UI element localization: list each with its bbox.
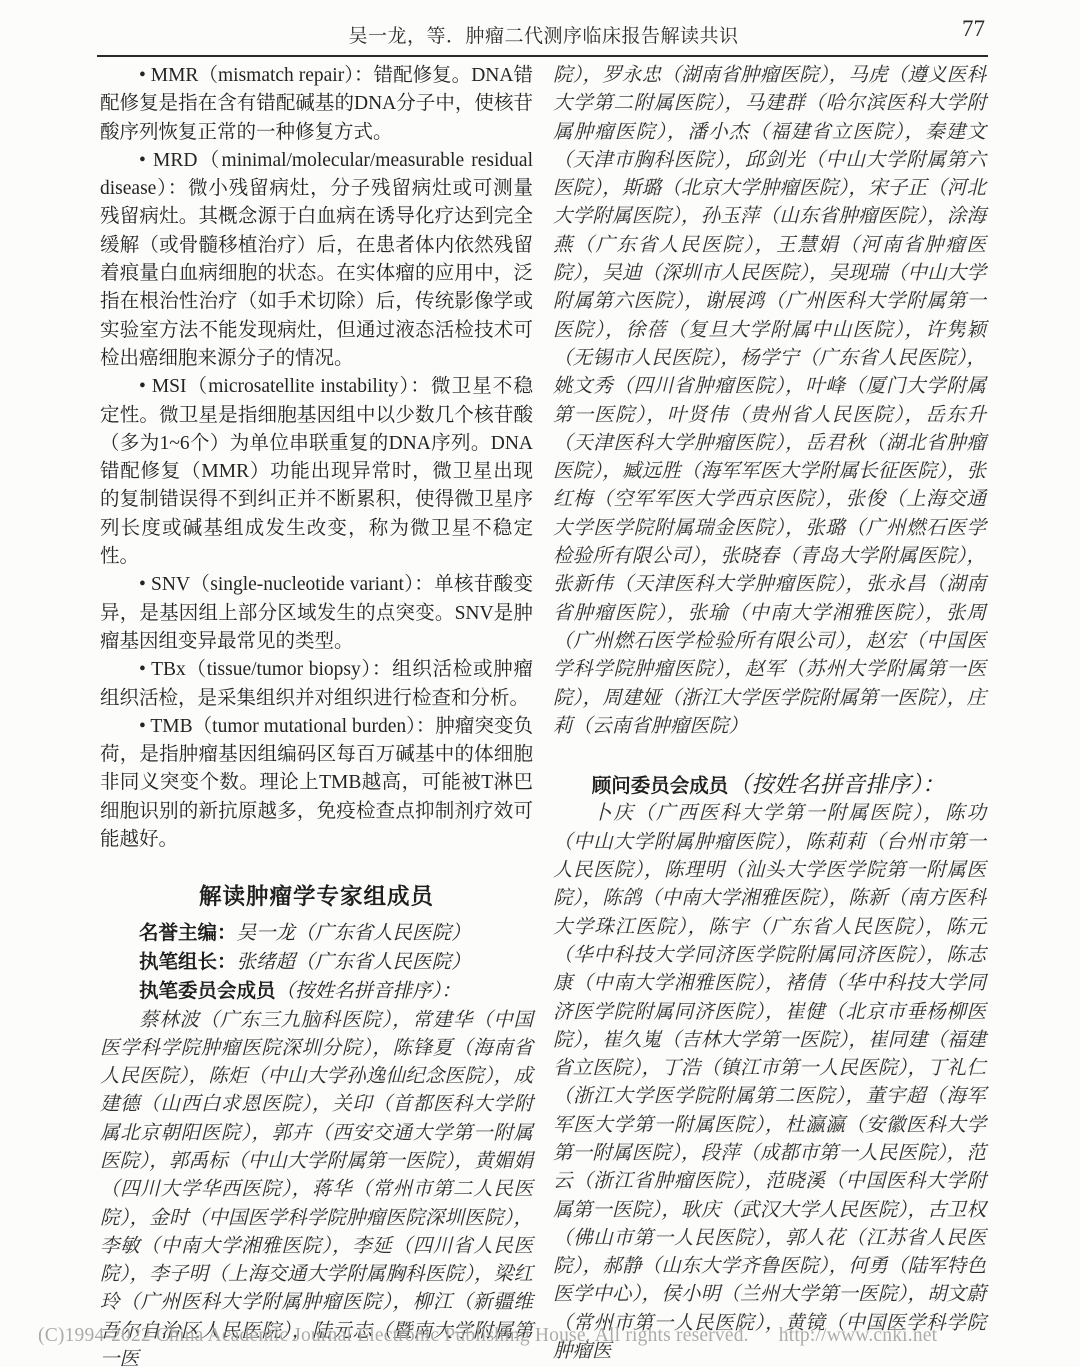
role-honorary-editor-value: 吴一龙（广东省人民医院） [237, 923, 471, 944]
journal-scan-page: 吴一龙，等．肿瘤二代测序临床报告解读共识 77 • MMR（mismatch r… [0, 0, 1080, 1367]
header-rule [97, 55, 988, 57]
glossary-term-tbx: • TBx（tissue/tumor biopsy）：组织活检或肿瘤组织活检，是… [100, 656, 533, 713]
role-writing-committee-label: 执笔委员会成员 [139, 980, 276, 1002]
left-column: • MMR（mismatch repair）：错配修复。DNA错配修复是指在含有… [100, 62, 533, 1367]
running-title: 吴一龙，等．肿瘤二代测序临床报告解读共识 [100, 21, 987, 48]
role-writing-leader-label: 执笔组长： [139, 951, 237, 973]
advisor-committee-heading-suffix: （按姓名拼音排序）： [728, 772, 945, 797]
page-header: 吴一龙，等．肿瘤二代测序临床报告解读共识 77 [100, 16, 987, 50]
glossary-term-mrd: • MRD（minimal/molecular/measurable resid… [100, 147, 533, 373]
advisor-committee-heading: 顾问委员会成员（按姓名拼音排序）： [553, 741, 986, 800]
glossary-term-msi: • MSI（microsatellite instability）：微卫星不稳定… [100, 373, 533, 571]
page-footer: (C)1994-2022 China Academic Journal Elec… [38, 1325, 937, 1347]
role-writing-leader-value: 张绪超（广东省人民医院） [237, 952, 471, 973]
glossary-term-tmb: • TMB（tumor mutational burden）：肿瘤突变负荷，是指… [100, 713, 533, 854]
advisor-committee-heading-label: 顾问委员会成员 [592, 775, 729, 797]
role-writing-committee: 执笔委员会成员（按姓名拼音排序）： [100, 977, 533, 1006]
writing-committee-members-right: 院），罗永忠（湖南省肿瘤医院），马虎（遵义医科大学第二附属医院），马建群（哈尔滨… [553, 62, 986, 741]
footer-url: http://www.cnki.net [779, 1325, 938, 1346]
page-number: 77 [962, 16, 985, 42]
right-column: 院），罗永忠（湖南省肿瘤医院），马虎（遵义医科大学第二附属医院），马建群（哈尔滨… [553, 62, 986, 1367]
writing-committee-members-left: 蔡林波（广东三九脑科医院），常建华（中国医学科学院肿瘤医院深圳分院），陈锋夏（海… [100, 1007, 533, 1367]
advisor-committee-members: 卜庆（广西医科大学第一附属医院），陈功（中山大学附属肿瘤医院），陈莉莉（台州市第… [553, 800, 986, 1366]
glossary-term-snv: • SNV（single-nucleotide variant）：单核苷酸变异，… [100, 571, 533, 656]
glossary-term-mmr: • MMR（mismatch repair）：错配修复。DNA错配修复是指在含有… [100, 62, 533, 147]
role-honorary-editor: 名誉主编：吴一龙（广东省人民医院） [100, 919, 533, 948]
role-honorary-editor-label: 名誉主编： [139, 922, 237, 944]
expert-group-heading: 解读肿瘤学专家组成员 [100, 883, 533, 911]
role-writing-leader: 执笔组长：张绪超（广东省人民医院） [100, 948, 533, 977]
footer-copyright: (C)1994-2022 China Academic Journal Elec… [38, 1325, 749, 1346]
role-writing-committee-suffix: （按姓名拼音排序）： [276, 981, 461, 1002]
two-column-body: • MMR（mismatch repair）：错配修复。DNA错配修复是指在含有… [100, 62, 985, 1367]
